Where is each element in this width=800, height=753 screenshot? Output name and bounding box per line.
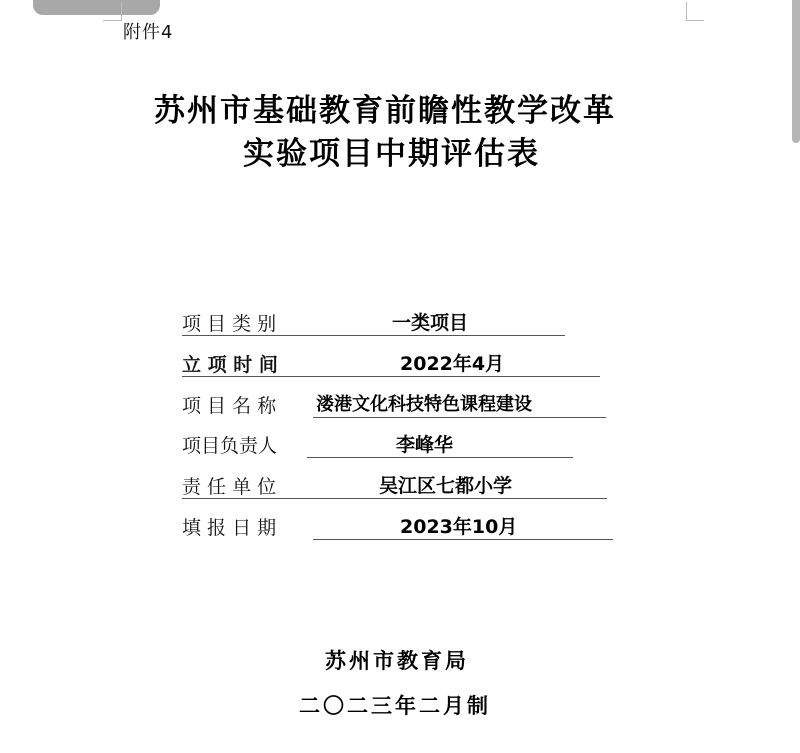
field-value: 一类项目 (392, 308, 468, 335)
annex-label: 附件4 (123, 18, 173, 44)
field-label: 填 报 日 期 (182, 513, 276, 540)
field-label: 项 目 名 称 (182, 391, 276, 418)
crop-mark-top-right (686, 2, 704, 21)
field-value: 2022年4月 (400, 349, 504, 376)
underline (182, 498, 607, 499)
field-label: 责 任 单 位 (182, 472, 276, 499)
underline (313, 539, 613, 540)
field-label: 项 目 类 别 (182, 309, 276, 336)
page-title-line1: 苏州市基础教育前瞻性教学改革 (154, 85, 616, 130)
field-value: 吴江区七都小学 (379, 471, 512, 498)
issuer: 苏州市教育局 (325, 645, 469, 675)
page-title-line2: 实验项目中期评估表 (243, 128, 540, 173)
underline (307, 457, 573, 458)
crop-mark-top-left (103, 2, 122, 21)
overlay-pill (33, 0, 160, 15)
vertical-scrollbar[interactable] (792, 0, 800, 143)
underline (313, 417, 606, 418)
field-label: 立 项 时 间 (182, 350, 278, 377)
field-value: 溇港文化科技特色课程建设 (316, 390, 532, 416)
field-value: 2023年10月 (400, 512, 517, 539)
field-value: 李峰华 (396, 430, 453, 457)
field-label: 项目负责人 (182, 431, 277, 458)
underline (182, 335, 565, 336)
underline (182, 376, 600, 377)
made-date: 二〇二三年二月制 (299, 690, 491, 720)
